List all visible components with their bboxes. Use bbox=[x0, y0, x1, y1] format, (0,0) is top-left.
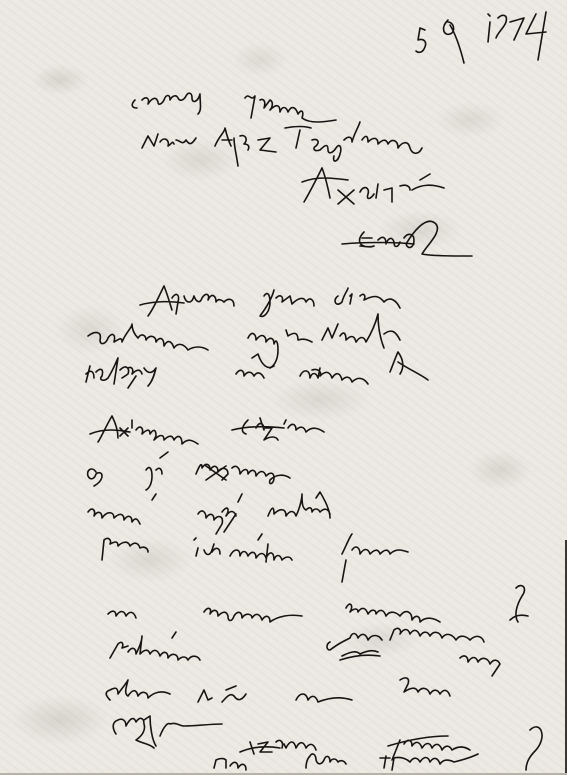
body-line: διαλαλούσα ιερά κίνησ νεαρών bbox=[110, 640, 431, 664]
date: 5 Φ 1974 bbox=[410, 20, 503, 44]
body-line: Αρχιερατικών ευλογιών bbox=[90, 418, 334, 442]
body-line: χάρισε Ναι ω Βοήθη bbox=[110, 684, 316, 708]
body-line: τω Φορές σεβασμιώτατε bbox=[108, 600, 356, 624]
body-line: ως εκ κεχαρισμένο bbox=[90, 460, 282, 484]
address-line: Σεβασμιώτατε Άγιε bbox=[130, 92, 327, 116]
address-line: Επαρχ. bbox=[342, 228, 413, 252]
body-line: Πάντη Γονείς Παράκλησ bbox=[214, 756, 467, 775]
address-line: Ναού Αγ. Παντελεήμονος bbox=[140, 128, 401, 152]
body-line: σεβασμιώτατα ιερεία Νικόλαε bbox=[88, 324, 398, 348]
address-line: Αχαρνών bbox=[300, 172, 392, 196]
body-line: Καζ/ιράκη μετά σεβασμού bbox=[86, 362, 350, 386]
body-line: ευχή τα bbox=[116, 718, 194, 742]
body-line: Αρνούμενος χρήματα όλα bbox=[140, 288, 399, 312]
body-line: συναισθάνομαι μεγαλειότητα bbox=[88, 500, 391, 524]
body-line: μου ίνα ευτυχία ζήσει bbox=[100, 544, 324, 568]
letter-page: 5 Φ 1974 Σεβασμιώτατε Άγιε Ναού Αγ. Παντ… bbox=[0, 0, 567, 775]
